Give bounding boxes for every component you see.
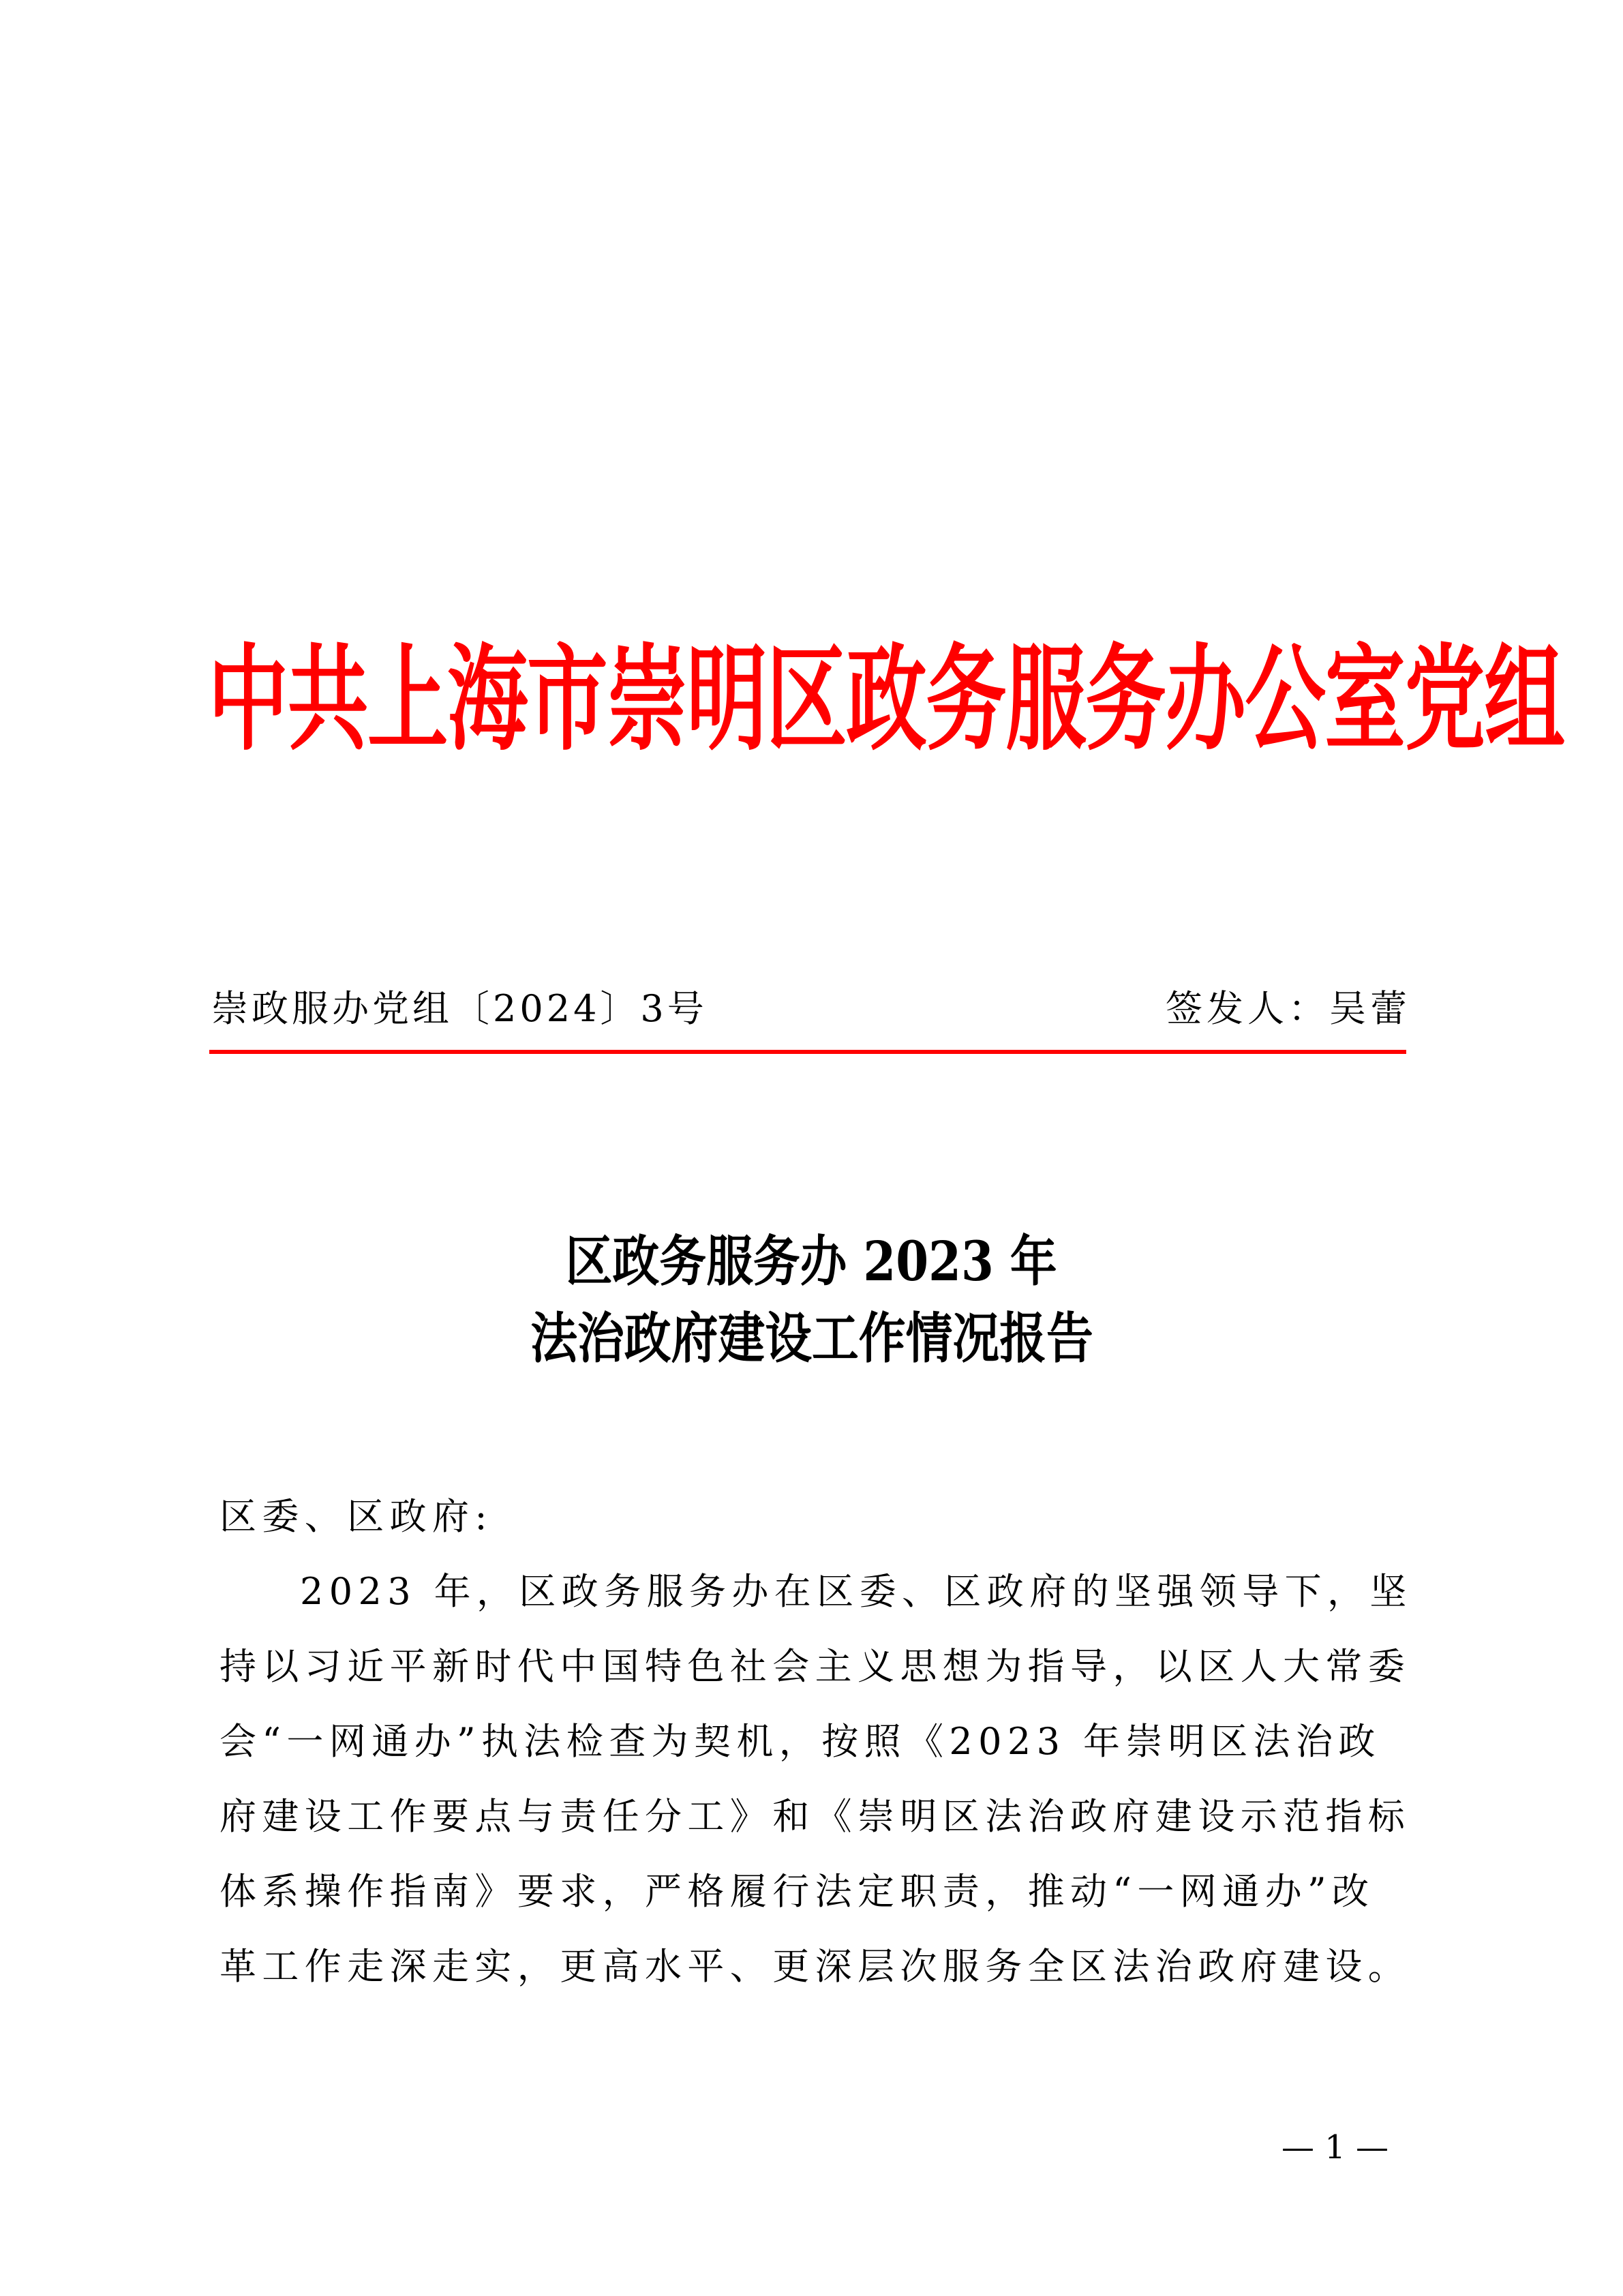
salutation: 区委、区政府:	[219, 1479, 1421, 1554]
signer: 签发人：吴蕾	[1166, 982, 1411, 1036]
report-title-line-2-text: 法治政府建设工作情况报告	[530, 1301, 1093, 1376]
body-text: 区委、区政府: 2023 年，区政务服务办在区委、区政府的坚强领导下，坚 持以习…	[219, 1479, 1421, 2004]
document-number-row: 崇政服办党组〔2024〕3号 签发人：吴蕾	[211, 982, 1411, 1036]
masthead: 中共上海市崇明区政务服务办公室党组	[208, 637, 1428, 760]
page-number: — 1 —	[1281, 2127, 1389, 2168]
document-page: 中共上海市崇明区政务服务办公室党组 崇政服办党组〔2024〕3号 签发人：吴蕾 …	[0, 0, 1623, 2296]
red-separator-rule	[209, 1050, 1406, 1054]
body-line: 2023 年，区政务服务办在区委、区政府的坚强领导下，坚	[219, 1554, 1421, 1629]
body-line: 持以习近平新时代中国特色社会主义思想为指导，以区人大常委	[219, 1629, 1421, 1704]
signer-name: 吴蕾	[1329, 987, 1411, 1030]
body-line: 体系操作指南》要求，严格履行法定职责，推动“一网通办”改	[219, 1854, 1421, 1929]
report-title-line-1: 区政务服务办 2023 年	[0, 1224, 1623, 1299]
body-line: 革工作走深走实，更高水平、更深层次服务全区法治政府建设。	[219, 1929, 1421, 2004]
report-title-line-1-text: 区政务服务办 2023 年	[566, 1224, 1057, 1299]
body-line: 会“一网通办”执法检查为契机，按照《2023 年崇明区法治政	[219, 1704, 1421, 1779]
signer-label: 签发人：	[1166, 987, 1329, 1030]
report-title-line-2: 法治政府建设工作情况报告	[0, 1301, 1623, 1376]
document-number: 崇政服办党组〔2024〕3号	[211, 982, 708, 1036]
masthead-title: 中共上海市崇明区政务服务办公室党组	[208, 637, 1564, 760]
body-line: 府建设工作要点与责任分工》和《崇明区法治政府建设示范指标	[219, 1779, 1421, 1854]
